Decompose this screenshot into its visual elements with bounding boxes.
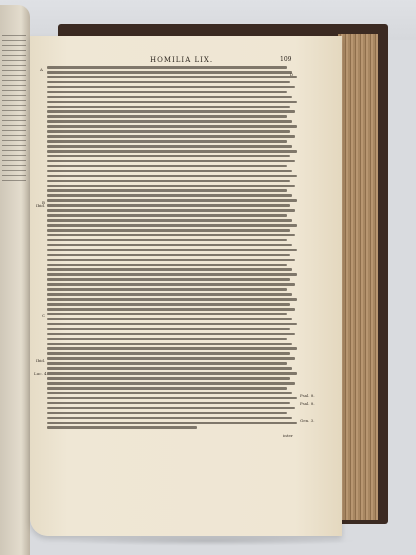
text-line xyxy=(47,96,292,99)
text-line xyxy=(47,189,287,192)
text-line xyxy=(47,219,292,222)
text-line xyxy=(47,150,297,153)
text-line xyxy=(47,234,295,237)
body-text xyxy=(47,66,297,431)
margin-note: Gen. 3. xyxy=(300,418,315,423)
margin-note: Luc. 4. xyxy=(34,371,48,376)
text-line xyxy=(47,278,290,281)
text-line xyxy=(47,283,295,286)
margin-note: Ibid. xyxy=(36,358,45,363)
page-edges xyxy=(338,34,378,520)
text-line xyxy=(47,328,290,331)
text-line xyxy=(47,318,292,321)
text-line xyxy=(47,125,297,128)
text-line xyxy=(47,204,290,207)
text-line xyxy=(47,412,287,415)
text-line xyxy=(47,333,295,336)
text-line xyxy=(47,140,287,143)
text-line xyxy=(47,308,295,311)
text-line xyxy=(47,387,287,390)
text-line xyxy=(47,357,295,360)
text-line xyxy=(47,66,287,69)
section-letter-a: A xyxy=(40,67,43,72)
section-letter-c: C xyxy=(42,313,45,318)
text-line xyxy=(47,91,287,94)
text-line xyxy=(47,81,290,84)
text-line xyxy=(47,303,290,306)
text-line xyxy=(47,343,292,346)
text-line xyxy=(47,268,292,271)
text-line xyxy=(47,145,292,148)
text-line xyxy=(47,135,295,138)
page-number: 109 xyxy=(280,56,291,63)
text-line xyxy=(47,224,297,227)
text-line xyxy=(47,298,297,301)
text-line xyxy=(47,293,292,296)
text-line xyxy=(47,71,292,74)
text-line xyxy=(47,185,295,188)
text-line xyxy=(47,392,292,395)
left-page-edge xyxy=(0,5,30,555)
text-line xyxy=(47,180,290,183)
text-line xyxy=(47,352,290,355)
text-line xyxy=(47,110,295,113)
text-line xyxy=(47,273,297,276)
text-line xyxy=(47,244,292,247)
text-line xyxy=(47,130,290,133)
text-line xyxy=(47,175,297,178)
text-line xyxy=(47,229,290,232)
text-line xyxy=(47,165,287,168)
text-line xyxy=(47,86,295,89)
text-line xyxy=(47,362,287,365)
text-line xyxy=(47,249,297,252)
text-line xyxy=(47,382,295,385)
text-line xyxy=(47,288,287,291)
text-line xyxy=(47,170,292,173)
text-line xyxy=(47,160,295,163)
text-line xyxy=(47,264,287,267)
text-line xyxy=(47,239,287,242)
margin-note: Psal. 8. xyxy=(300,401,315,406)
margin-note: Psal. 8. xyxy=(300,393,315,398)
text-line xyxy=(47,397,297,400)
text-line xyxy=(47,407,295,410)
text-line xyxy=(47,155,290,158)
text-line xyxy=(47,347,297,350)
text-line xyxy=(47,372,297,375)
text-line xyxy=(47,259,295,262)
text-line xyxy=(47,426,197,429)
text-line xyxy=(47,106,290,109)
text-line xyxy=(47,417,292,420)
text-line xyxy=(47,209,295,212)
text-line xyxy=(47,422,297,425)
text-line xyxy=(47,101,297,104)
running-head: HOMILIA LIX. xyxy=(150,56,213,64)
text-line xyxy=(47,76,297,79)
text-line xyxy=(47,313,287,316)
text-line xyxy=(47,254,290,257)
catchword: inter xyxy=(283,433,293,438)
text-line xyxy=(47,338,287,341)
text-line xyxy=(47,402,290,405)
page-shadow xyxy=(58,536,358,546)
text-line xyxy=(47,115,287,118)
text-line xyxy=(47,377,290,380)
margin-note: Ibid. xyxy=(36,203,45,208)
text-line xyxy=(47,214,287,217)
text-line xyxy=(47,199,297,202)
text-line xyxy=(47,120,292,123)
text-line xyxy=(47,194,292,197)
text-line xyxy=(47,323,297,326)
text-line xyxy=(47,367,292,370)
